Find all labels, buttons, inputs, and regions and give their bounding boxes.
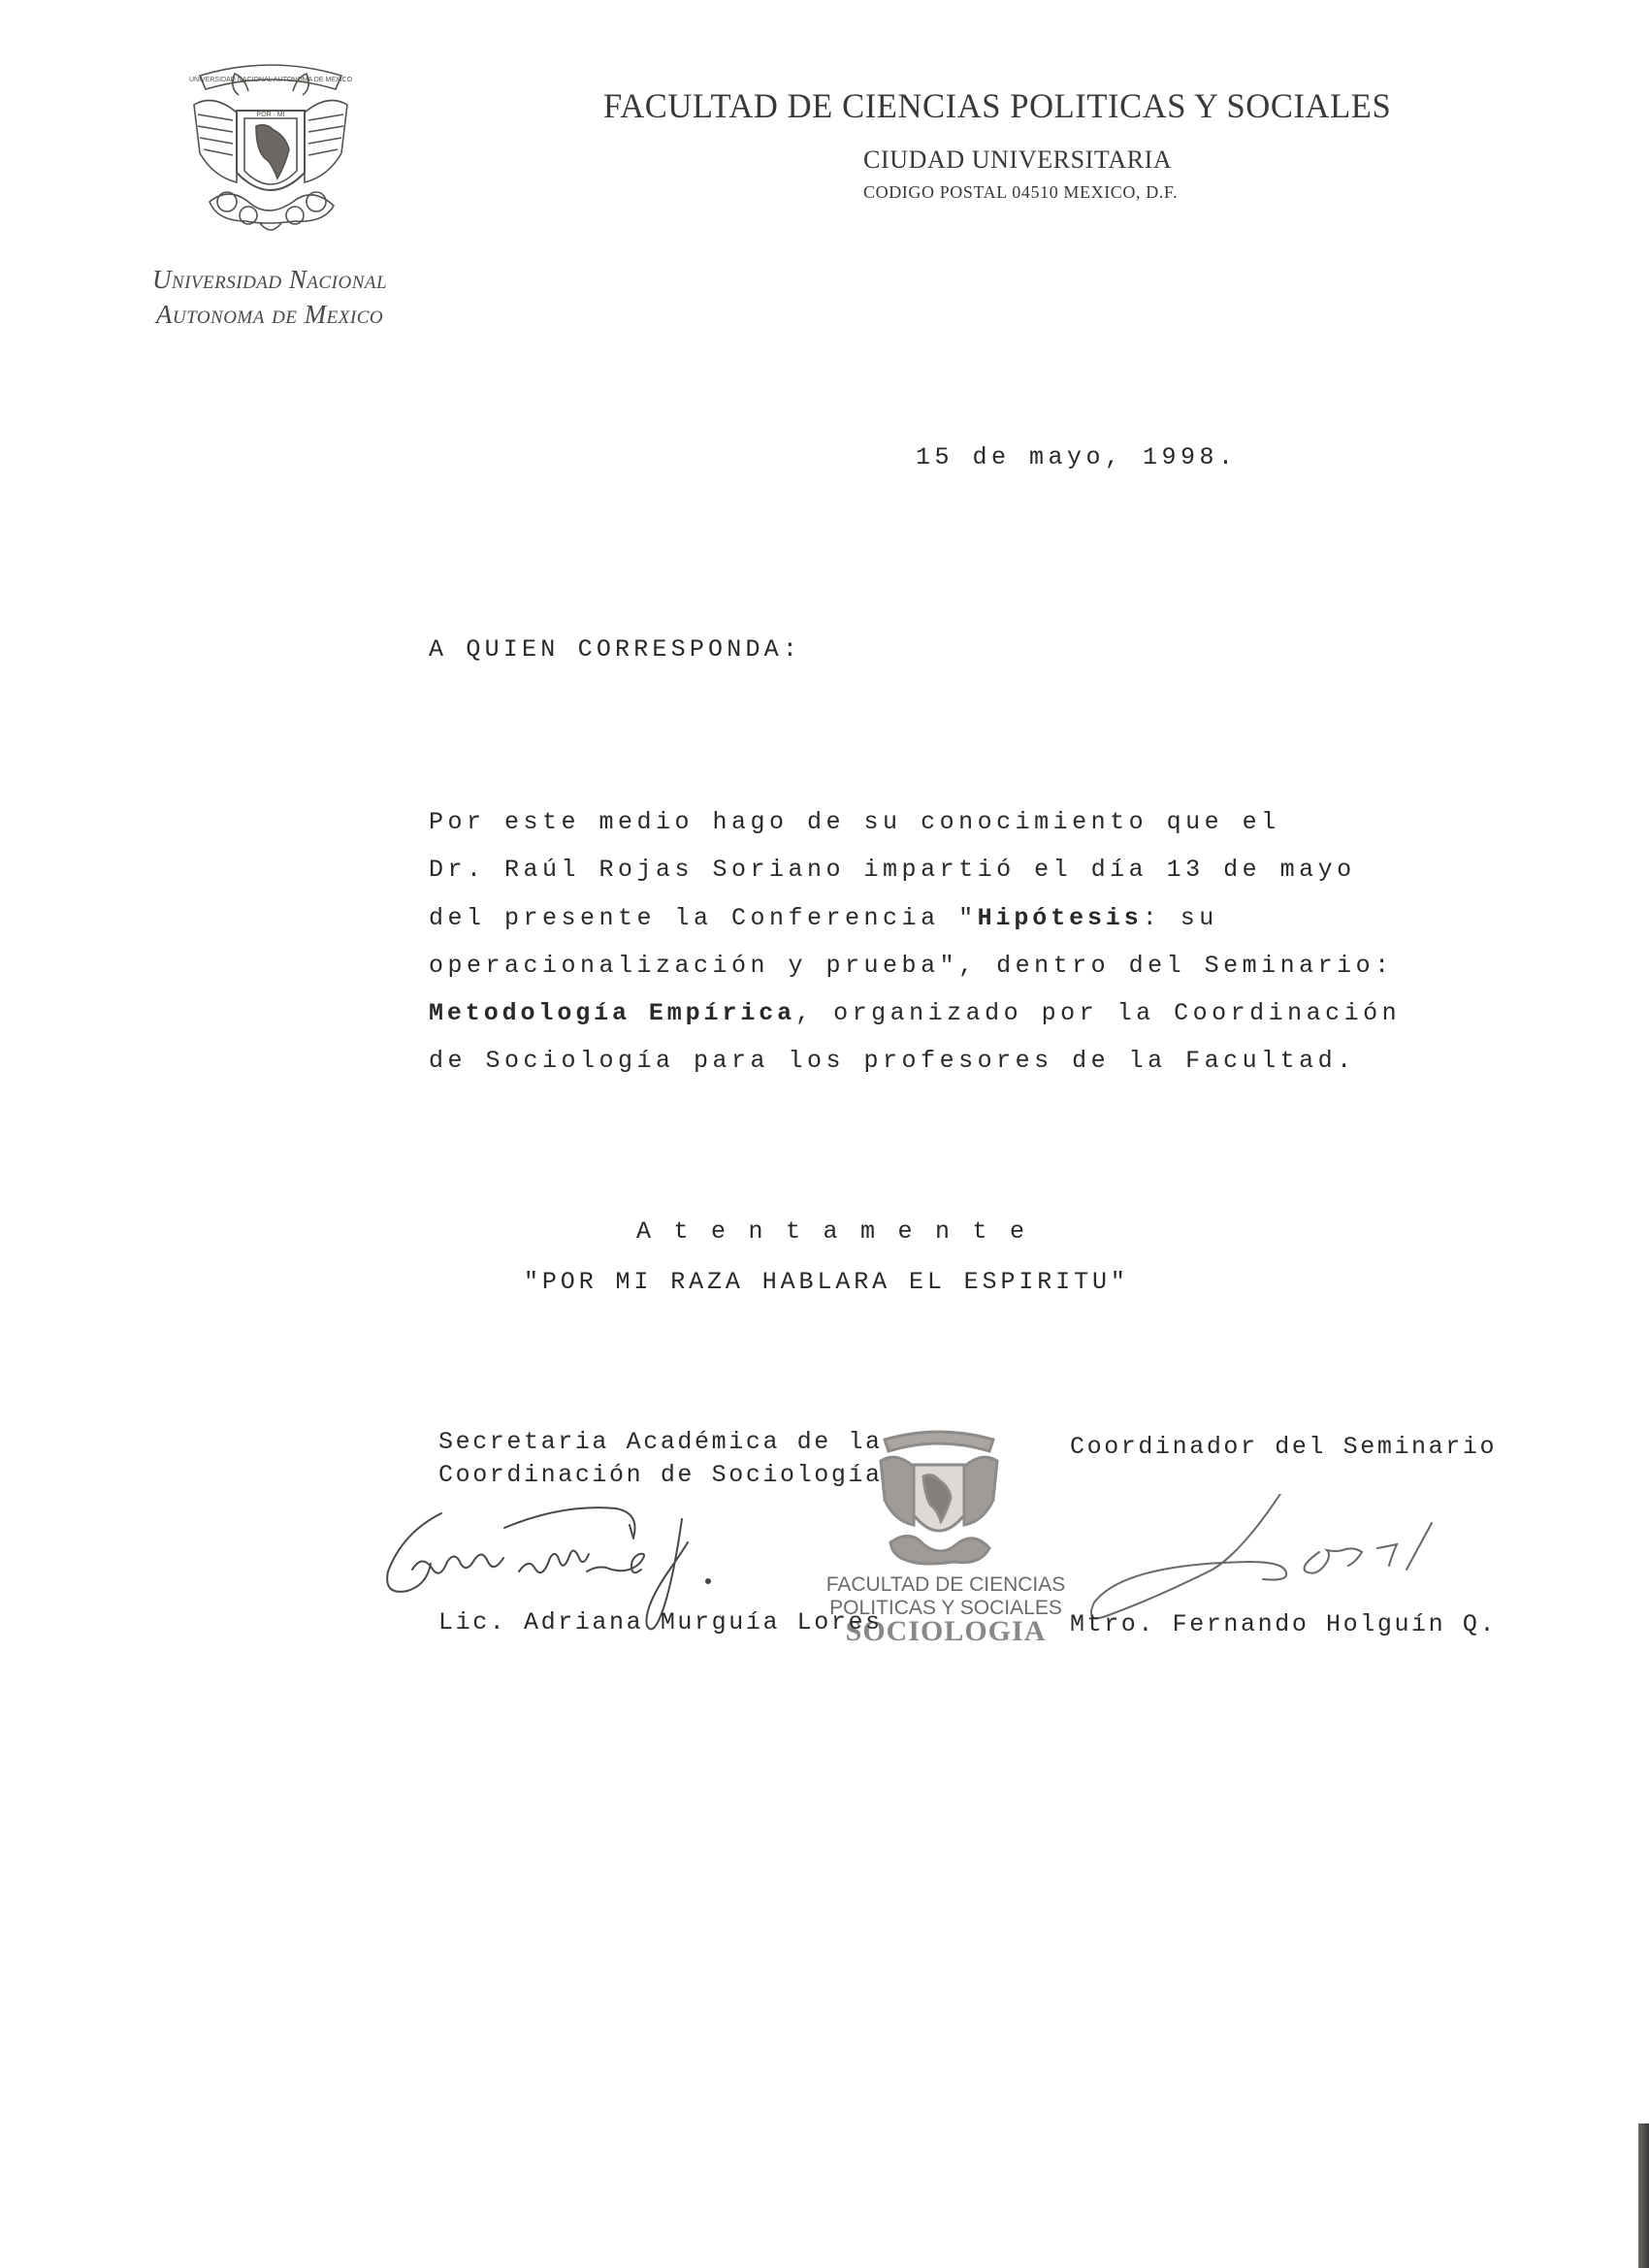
svg-text:POR · MI: POR · MI	[256, 112, 284, 118]
conference-title: Hipótesis	[978, 904, 1143, 932]
university-name-line2: Autonoma de Mexico	[114, 297, 425, 332]
body-line: de Sociología para los profesores de la …	[429, 1037, 1401, 1085]
left-signatory-title-line2: Coordinación de Sociología	[438, 1461, 883, 1489]
letter-body: Por este medio hago de su conocimiento q…	[429, 798, 1401, 1085]
body-line: Dr. Raúl Rojas Soriano impartió el día 1…	[429, 846, 1401, 893]
unam-coat-of-arms-icon: UNIVERSIDAD NACIONAL AUTONOMA DE MEXICO …	[180, 56, 361, 246]
unam-seal-stamp-icon	[871, 1426, 1007, 1579]
scan-edge-shadow	[1638, 2123, 1649, 2268]
letter-date: 15 de mayo, 1998.	[916, 443, 1238, 471]
left-signatory-title-line1: Secretaria Académica de la	[438, 1428, 883, 1456]
stamp-line1: FACULTAD DE CIENCIAS	[815, 1573, 1077, 1597]
body-line: operacionalización y prueba", dentro del…	[429, 942, 1401, 989]
right-signatory-name: Mtro. Fernando Holguín Q.	[1070, 1610, 1497, 1638]
seminar-name: Metodología Empírica	[429, 999, 795, 1027]
left-signatory-name: Lic. Adriana Murguía Lores	[438, 1608, 883, 1636]
university-name: Universidad Nacional Autonoma de Mexico	[114, 262, 425, 332]
faculty-title: FACULTAD DE CIENCIAS POLITICAS Y SOCIALE…	[603, 85, 1391, 126]
body-line: Por este medio hago de su conocimiento q…	[429, 798, 1401, 846]
postal-line: CODIGO POSTAL 04510 MEXICO, D.F.	[863, 182, 1178, 203]
university-name-line1: Universidad Nacional	[114, 262, 425, 297]
motto: "POR MI RAZA HABLARA EL ESPIRITU"	[524, 1268, 1129, 1296]
body-line: Metodología Empírica, organizado por la …	[429, 989, 1401, 1037]
closing: Atentamente	[636, 1217, 1048, 1246]
salutation: A QUIEN CORRESPONDA:	[429, 635, 801, 664]
body-line: del presente la Conferencia "Hipótesis: …	[429, 894, 1401, 942]
city-line: CIUDAD UNIVERSITARIA	[863, 146, 1172, 175]
right-signatory-title: Coordinador del Seminario	[1070, 1433, 1497, 1461]
handwritten-signature-icon	[1086, 1494, 1494, 1630]
svg-text:UNIVERSIDAD NACIONAL AUTONOMA: UNIVERSIDAD NACIONAL AUTONOMA DE MEXICO	[189, 77, 353, 83]
